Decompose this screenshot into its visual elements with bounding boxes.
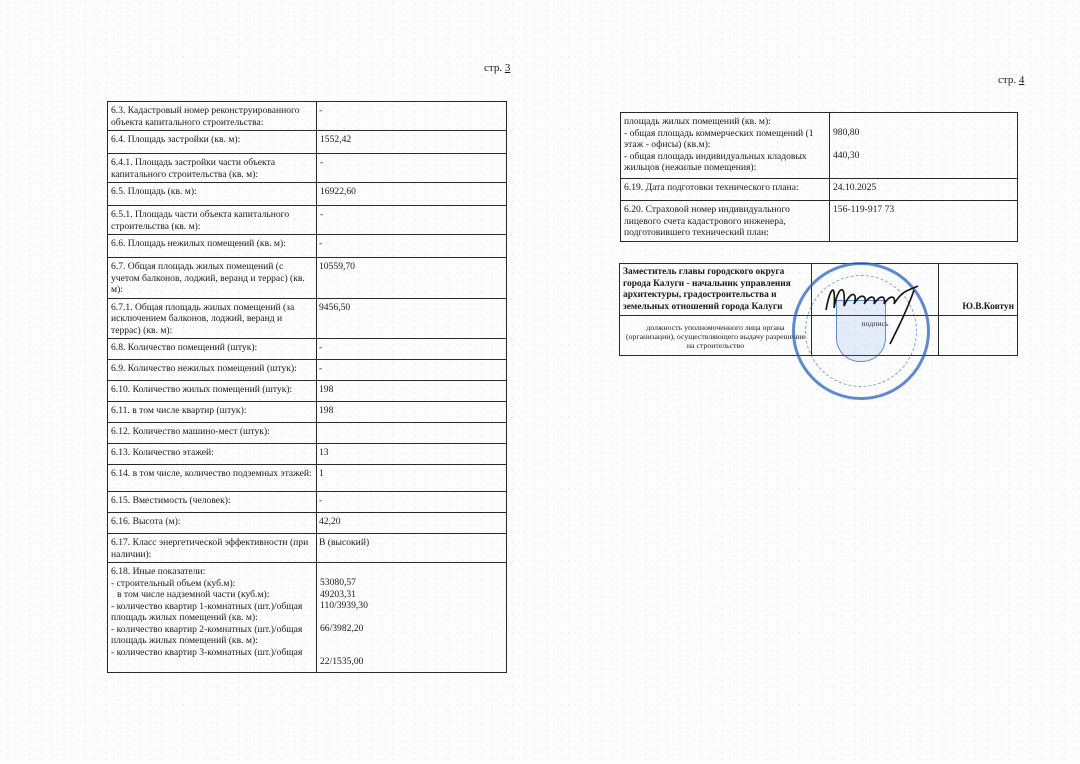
table-row: 6.9. Количество нежилых помещений (штук)… <box>108 360 507 381</box>
indicator-value: 53080,57 <box>320 577 503 589</box>
indicator-label: в том числе надземной части (куб.м): <box>111 589 313 601</box>
table-row: 6.16. Высота (м):42,20 <box>108 513 507 534</box>
page4-table: площадь жилых помещений (кв. м): - общая… <box>620 112 1018 242</box>
table-row: 6.12. Количество машино-мест (штук): <box>108 423 507 444</box>
page-label: стр. <box>484 62 502 74</box>
row-value: 198 <box>317 381 507 402</box>
signature-caption: подпись <box>812 316 939 356</box>
table-row: 6.15. Вместимость (человек):- <box>108 492 507 513</box>
indicator-value: 66/3982,20 <box>320 623 503 635</box>
row-value: 1552,42 <box>317 131 507 154</box>
row-label: 6.6. Площадь нежилых помещений (кв. м): <box>108 235 317 258</box>
row-label: 6.4.1. Площадь застройки части объекта к… <box>108 154 317 183</box>
page-number-value: 3 <box>505 62 511 74</box>
page-number-3: стр. 3 <box>484 62 510 74</box>
table-row: 6.20. Страховой номер индивидуального ли… <box>621 201 1018 242</box>
row-label: 6.13. Количество этажей: <box>108 444 317 465</box>
row-value <box>317 423 507 444</box>
row-label: 6.7. Общая площадь жилых помещений (с уч… <box>108 258 317 299</box>
value-storage: 440,30 <box>833 150 1014 162</box>
table-row: 6.6. Площадь нежилых помещений (кв. м):- <box>108 235 507 258</box>
continuation-values: 980,80 440,30 <box>830 113 1018 179</box>
row-label: 6.19. Дата подготовки технического плана… <box>621 179 830 201</box>
signature-cell <box>812 264 939 316</box>
row-value: - <box>317 360 507 381</box>
page-number-value: 4 <box>1019 74 1025 86</box>
indicator-label: - количество квартир 2-комнатных (шт.)/о… <box>111 624 313 647</box>
row-value: - <box>317 235 507 258</box>
row-label: 6.16. Высота (м): <box>108 513 317 534</box>
row-label: 6.7.1. Общая площадь жилых помещений (за… <box>108 298 317 339</box>
label-line: - общая площадь коммерческих помещений (… <box>624 128 826 151</box>
value-commercial: 980,80 <box>833 127 1014 139</box>
empty-cell <box>939 316 1018 356</box>
row-value: 9456,50 <box>317 298 507 339</box>
row-value: - <box>317 492 507 513</box>
row-label: 6.11. в том числе квартир (штук): <box>108 402 317 423</box>
row-label: 6.4. Площадь застройки (кв. м): <box>108 131 317 154</box>
table-row: 6.11. в том числе квартир (штук):198 <box>108 402 507 423</box>
table-row-other-indicators: 6.18. Иные показатели:- строительный объ… <box>108 563 507 673</box>
row-label: 6.10. Количество жилых помещений (штук): <box>108 381 317 402</box>
table-row: 6.4. Площадь застройки (кв. м):1552,42 <box>108 131 507 154</box>
row-value: - <box>317 102 507 131</box>
page-number-4: стр. 4 <box>998 74 1024 86</box>
row-label: 6.17. Класс энергетической эффективности… <box>108 534 317 563</box>
table-row: 6.10. Количество жилых помещений (штук):… <box>108 381 507 402</box>
label-line: - общая площадь индивидуальных кладовых … <box>624 151 826 174</box>
label-line: площадь жилых помещений (кв. м): <box>624 116 826 128</box>
row-value: 24.10.2025 <box>830 179 1018 201</box>
table-row: 6.7.1. Общая площадь жилых помещений (за… <box>108 298 507 339</box>
row-label: 6.15. Вместимость (человек): <box>108 492 317 513</box>
row-value: - <box>317 206 507 235</box>
indicator-value: 22/1535,00 <box>320 656 503 668</box>
table-row: 6.3. Кадастровый номер реконструированно… <box>108 102 507 131</box>
continuation-labels: площадь жилых помещений (кв. м): - общая… <box>621 113 830 179</box>
row-value: 1 <box>317 465 507 492</box>
indicator-value: 110/3939,30 <box>320 600 503 612</box>
table-row: должность уполномоченного лица органа (о… <box>620 316 1018 356</box>
row-value: - <box>317 154 507 183</box>
table-row: 6.17. Класс энергетической эффективности… <box>108 534 507 563</box>
table-row: 6.7. Общая площадь жилых помещений (с уч… <box>108 258 507 299</box>
page-label: стр. <box>998 74 1016 86</box>
row-value: 13 <box>317 444 507 465</box>
indicator-label: - количество квартир 1-комнатных (шт.)/о… <box>111 601 313 624</box>
table-row: 6.8. Количество помещений (штук):- <box>108 339 507 360</box>
table-row: 6.5.1. Площадь части объекта капитальног… <box>108 206 507 235</box>
table-row: 6.13. Количество этажей:13 <box>108 444 507 465</box>
official-name: Ю.В.Ковтун <box>939 264 1018 316</box>
row-value: В (высокий) <box>317 534 507 563</box>
position-caption: должность уполномоченного лица органа (о… <box>620 316 812 356</box>
row-value: 42,20 <box>317 513 507 534</box>
row-label: 6.3. Кадастровый номер реконструированно… <box>108 102 317 131</box>
signature-table: Заместитель главы городского округа горо… <box>619 263 1018 356</box>
other-indicators-values: 53080,5749203,31110/3939,3066/3982,2022/… <box>317 563 507 673</box>
table-row: 6.5. Площадь (кв. м):16922,60 <box>108 183 507 206</box>
row-label: 6.9. Количество нежилых помещений (штук)… <box>108 360 317 381</box>
row-label: 6.20. Страховой номер индивидуального ли… <box>621 201 830 242</box>
table-row: 6.4.1. Площадь застройки части объекта к… <box>108 154 507 183</box>
table-row: площадь жилых помещений (кв. м): - общая… <box>621 113 1018 179</box>
row-value: - <box>317 339 507 360</box>
other-indicators-labels: 6.18. Иные показатели:- строительный объ… <box>108 563 317 673</box>
row-value: 10559,70 <box>317 258 507 299</box>
table-row: Заместитель главы городского округа горо… <box>620 264 1018 316</box>
official-position: Заместитель главы городского округа горо… <box>620 264 812 316</box>
row-value: 156-119-917 73 <box>830 201 1018 242</box>
indicator-value: 49203,31 <box>320 589 503 601</box>
table-row: 6.14. в том числе, количество подземных … <box>108 465 507 492</box>
row-label: 6.12. Количество машино-мест (штук): <box>108 423 317 444</box>
row-label: 6.5. Площадь (кв. м): <box>108 183 317 206</box>
indicator-label: - количество квартир 3-комнатных (шт.)/о… <box>111 647 313 659</box>
row-label: 6.14. в том числе, количество подземных … <box>108 465 317 492</box>
indicator-label: - строительный объем (куб.м): <box>111 578 313 590</box>
row-value: 16922,60 <box>317 183 507 206</box>
row-label: 6.5.1. Площадь части объекта капитальног… <box>108 206 317 235</box>
other-indicators-heading: 6.18. Иные показатели: <box>111 566 313 578</box>
table-row: 6.19. Дата подготовки технического плана… <box>621 179 1018 201</box>
row-value: 198 <box>317 402 507 423</box>
page3-table: 6.3. Кадастровый номер реконструированно… <box>107 101 507 673</box>
row-label: 6.8. Количество помещений (штук): <box>108 339 317 360</box>
